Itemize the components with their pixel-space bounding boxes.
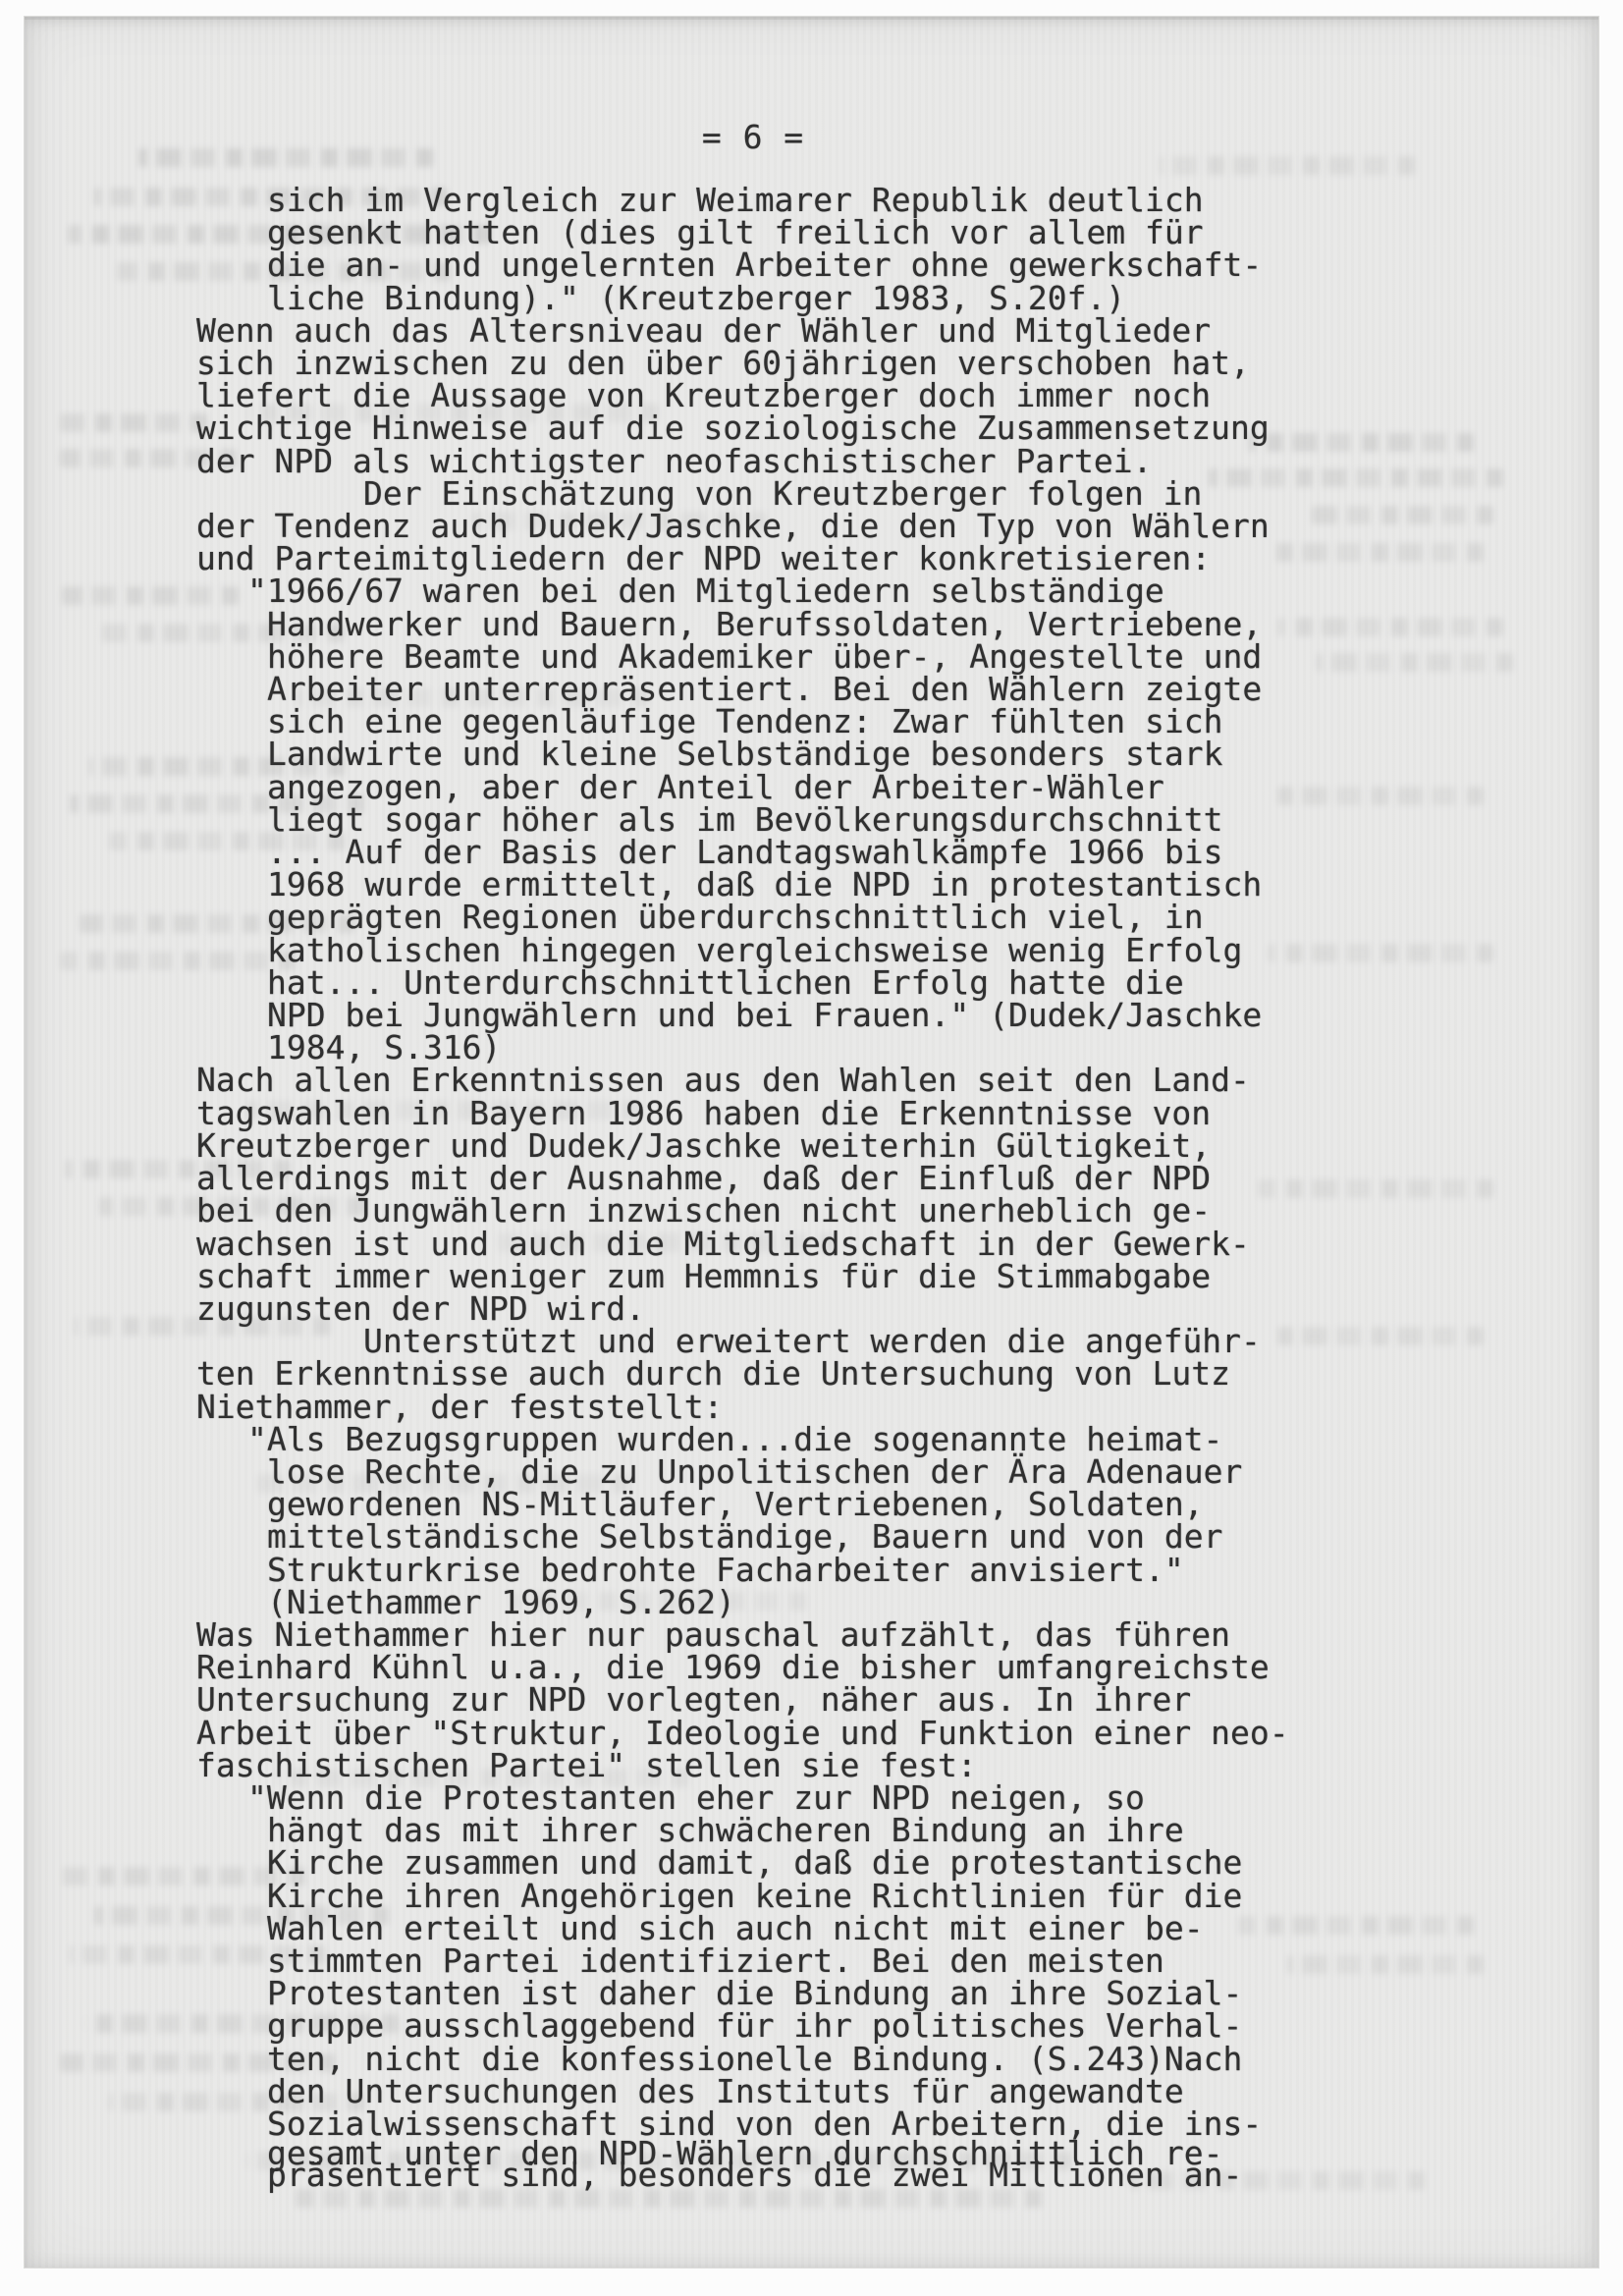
text-line: die an- und ungelernten Arbeiter ohne ge… (196, 248, 1316, 281)
text-line: Kirche ihren Angehörigen keine Richtlini… (196, 1880, 1316, 1912)
text-line: allerdings mit der Ausnahme, daß der Ein… (196, 1162, 1316, 1194)
text-line: stimmten Partei identifiziert. Bei den m… (196, 1944, 1316, 1977)
bleedthrough-mark (60, 413, 207, 432)
text-line: wachsen ist und auch die Mitgliedschaft … (196, 1228, 1316, 1260)
body-text: sich im Vergleich zur Weimarer Republik … (196, 184, 1316, 2192)
text-line: "Wenn die Protestanten eher zur NPD neig… (196, 1781, 1316, 1814)
text-line: schaft immer weniger zum Hemmnis für die… (196, 1260, 1316, 1292)
text-line: hat... Unterdurchschnittlichen Erfolg ha… (196, 966, 1316, 999)
text-line: Protestanten ist daher die Bindung an ih… (196, 1977, 1316, 2009)
text-line: Was Niethammer hier nur pauschal aufzähl… (196, 1618, 1316, 1651)
text-line: Niethammer, der feststellt: (196, 1391, 1316, 1423)
text-line: Kreutzberger und Dudek/Jaschke weiterhin… (196, 1129, 1316, 1162)
text-line: liegt sogar höher als im Bevölkerungsdur… (196, 803, 1316, 836)
text-line: Untersuchung zur NPD vorlegten, näher au… (196, 1683, 1316, 1716)
text-line: bei den Jungwählern inzwischen nicht une… (196, 1194, 1316, 1227)
scan-frame: = 6 = sich im Vergleich zur Weimarer Rep… (0, 0, 1623, 2296)
text-line: katholischen hingegen vergleichsweise we… (196, 934, 1316, 966)
text-line: faschistischen Partei" stellen sie fest: (196, 1749, 1316, 1781)
text-line: 1984, S.316) (196, 1031, 1316, 1064)
text-line: Reinhard Kühnl u.a., die 1969 die bisher… (196, 1651, 1316, 1683)
text-line: NPD bei Jungwählern und bei Frauen." (Du… (196, 999, 1316, 1031)
text-line: Kirche zusammen und damit, daß die prote… (196, 1846, 1316, 1879)
text-line: Arbeit über "Struktur, Ideologie und Fun… (196, 1717, 1316, 1749)
text-line: wichtige Hinweise auf die soziologische … (196, 411, 1316, 444)
text-line: (Niethammer 1969, S.262) (196, 1586, 1316, 1618)
bleedthrough-mark (1160, 156, 1415, 175)
text-line: Unterstützt und erweitert werden die ang… (196, 1325, 1316, 1357)
text-line: "Als Bezugsgruppen wurden...die sogenann… (196, 1423, 1316, 1455)
text-line: der Tendenz auch Dudek/Jaschke, die den … (196, 510, 1316, 542)
text-line: liefert die Aussage von Kreutzberger doc… (196, 379, 1316, 411)
text-line: liche Bindung)." (Kreutzberger 1983, S.2… (196, 282, 1316, 314)
text-line: Nach allen Erkenntnissen aus den Wahlen … (196, 1064, 1316, 1096)
bleedthrough-mark (1317, 653, 1513, 672)
bleedthrough-mark (1307, 506, 1493, 524)
text-line: tagswahlen in Bayern 1986 haben die Erke… (196, 1097, 1316, 1129)
text-line: ... Auf der Basis der Landtagswahlkämpfe… (196, 836, 1316, 868)
text-line: Wenn auch das Altersniveau der Wähler un… (196, 314, 1316, 347)
text-line: Der Einschätzung von Kreutzberger folgen… (196, 477, 1316, 510)
text-line: gewordenen NS-Mitläufer, Vertriebenen, S… (196, 1488, 1316, 1520)
text-line: der NPD als wichtigster neofaschistische… (196, 445, 1316, 477)
text-line: ten, nicht die konfessionelle Bindung. (… (196, 2043, 1316, 2075)
text-line: Strukturkrise bedrohte Facharbeiter anvi… (196, 1554, 1316, 1586)
text-line: den Untersuchungen des Instituts für ang… (196, 2075, 1316, 2107)
text-line: sich im Vergleich zur Weimarer Republik … (196, 184, 1316, 216)
text-line: und Parteimitgliedern der NPD weiter kon… (196, 542, 1316, 574)
text-line: "1966/67 waren bei den Mitgliedern selbs… (196, 574, 1316, 607)
text-column: = 6 = sich im Vergleich zur Weimarer Rep… (196, 121, 1316, 154)
bleedthrough-mark (1287, 1955, 1484, 1974)
page-number: = 6 = (196, 121, 1310, 154)
text-line: ten Erkenntnisse auch durch die Untersuc… (196, 1357, 1316, 1390)
text-line: 1968 wurde ermittelt, daß die NPD in pro… (196, 868, 1316, 901)
text-line: gruppe ausschlaggebend für ihr politisch… (196, 2009, 1316, 2042)
text-line: mittelständische Selbständige, Bauern un… (196, 1520, 1316, 1553)
text-line: zugunsten der NPD wird. (196, 1292, 1316, 1325)
text-line: Wahlen erteilt und sich auch nicht mit e… (196, 1912, 1316, 1944)
text-line: Handwerker und Bauern, Berufssoldaten, V… (196, 608, 1316, 640)
text-line: gesenkt hatten (dies gilt freilich vor a… (196, 216, 1316, 248)
text-line: höhere Beamte und Akademiker über-, Ange… (196, 640, 1316, 673)
text-line: Landwirte und kleine Selbständige besond… (196, 738, 1316, 770)
text-line: sich eine gegenläufige Tendenz: Zwar füh… (196, 705, 1316, 738)
text-line: sich inzwischen zu den über 60jährigen v… (196, 347, 1316, 379)
text-line: präsentiert sind, besonders die zwei Mil… (196, 2159, 1316, 2191)
text-line: hängt das mit ihrer schwächeren Bindung … (196, 1814, 1316, 1846)
text-line: Arbeiter unterrepräsentiert. Bei den Wäh… (196, 673, 1316, 705)
text-line: lose Rechte, die zu Unpolitischen der Är… (196, 1455, 1316, 1488)
text-line: geprägten Regionen überdurchschnittlich … (196, 901, 1316, 933)
scanned-page: = 6 = sich im Vergleich zur Weimarer Rep… (24, 16, 1599, 2269)
text-line: angezogen, aber der Anteil der Arbeiter-… (196, 771, 1316, 803)
